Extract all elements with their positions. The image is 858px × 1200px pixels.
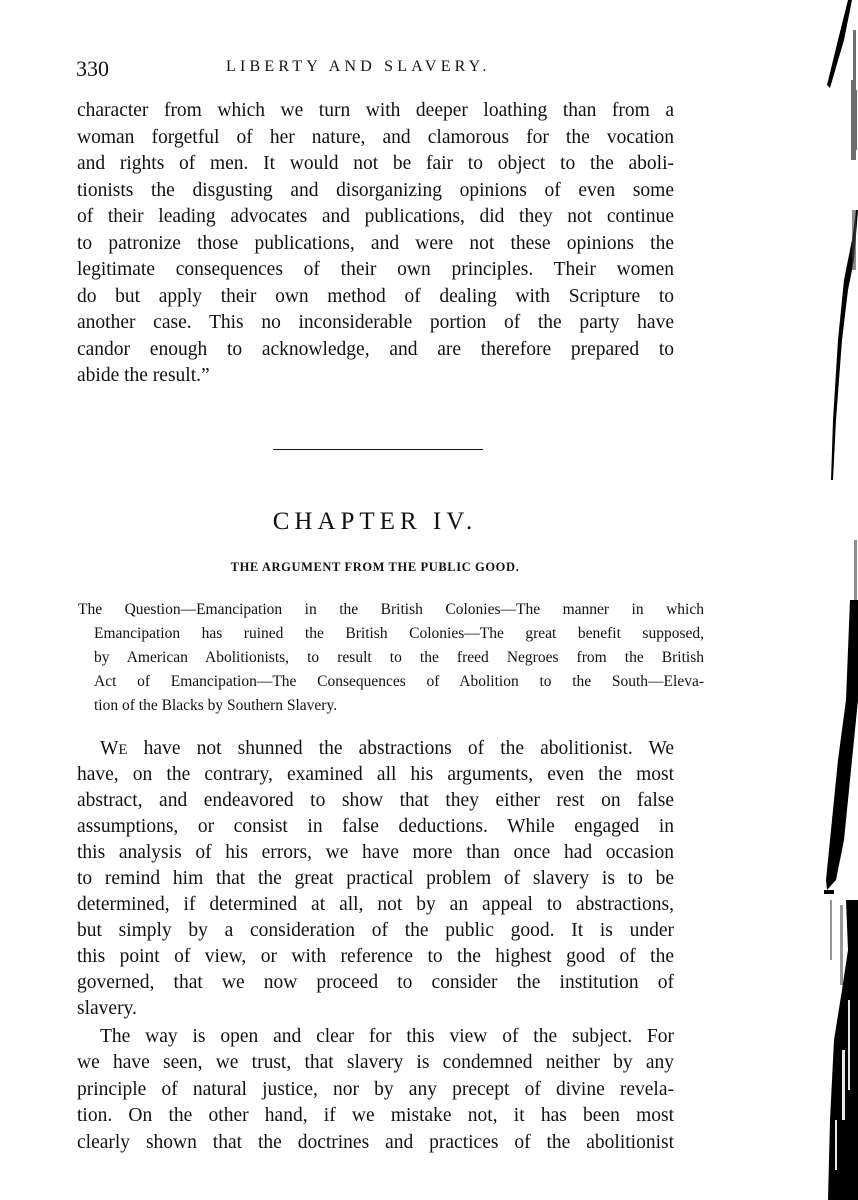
- section-divider-rule: [273, 449, 483, 450]
- summary-line: Emancipation has ruined the British Colo…: [94, 622, 704, 646]
- running-head: 330 LIBERTY AND SLAVERY.: [76, 56, 676, 86]
- text-line: tion. On the other hand, if we mistake n…: [77, 1103, 674, 1130]
- text-line: have, on the contrary, examined all his …: [77, 762, 674, 789]
- small-caps: E: [118, 742, 127, 758]
- text-line: woman forgetful of her nature, and clamo…: [77, 125, 674, 152]
- text-line: abstract, and endeavored to show that th…: [77, 788, 674, 815]
- drop-initial: W: [100, 738, 118, 759]
- text-line: and rights of men. It would not be fair …: [77, 151, 674, 178]
- text-line: character from which we turn with deeper…: [77, 98, 674, 125]
- summary-line: Act of Emancipation—The Consequences of …: [94, 670, 704, 694]
- page-number: 330: [76, 56, 109, 82]
- text-line: legitimate consequences of their own pri…: [77, 257, 674, 284]
- text-line: we have seen, we trust, that slavery is …: [77, 1050, 674, 1077]
- summary-line: tion of the Blacks by Southern Slavery.: [94, 694, 704, 718]
- text-run: have not shunned the abstractions of the…: [128, 738, 674, 759]
- summary-line: by American Abolitionists, to result to …: [94, 646, 704, 670]
- text-line: assumptions, or consist in false deducti…: [77, 814, 674, 841]
- text-line: tionists the disgusting and disorganizin…: [77, 178, 674, 205]
- chapter-title: CHAPTER IV.: [0, 508, 750, 536]
- book-page: 330 LIBERTY AND SLAVERY. character from …: [0, 0, 858, 1200]
- text-line: this point of view, or with reference to…: [77, 944, 674, 971]
- text-line: slavery.: [77, 996, 674, 1023]
- summary-line: The Question—Emancipation in the British…: [78, 598, 704, 622]
- scan-edge-artifact: [800, 0, 858, 1200]
- text-line: to patronize those publications, and wer…: [77, 231, 674, 258]
- text-line: clearly shown that the doctrines and pra…: [77, 1130, 674, 1157]
- text-line: determined, if determined at all, not by…: [77, 892, 674, 919]
- text-line: WE have not shunned the abstractions of …: [100, 736, 674, 764]
- text-line: another case. This no inconsiderable por…: [77, 310, 674, 337]
- running-title: LIBERTY AND SLAVERY.: [226, 58, 491, 76]
- text-line: abide the result.”: [77, 363, 674, 390]
- text-line: candor enough to acknowledge, and are th…: [77, 337, 674, 364]
- text-line: to remind him that the great practical p…: [77, 866, 674, 893]
- text-line: The way is open and clear for this view …: [100, 1024, 674, 1051]
- text-line: governed, that we now proceed to conside…: [77, 970, 674, 997]
- text-line: this analysis of his errors, we have mor…: [77, 840, 674, 867]
- text-line: but simply by a consideration of the pub…: [77, 918, 674, 945]
- text-line: do but apply their own method of dealing…: [77, 284, 674, 311]
- text-line: of their leading advocates and publicati…: [77, 204, 674, 231]
- chapter-subtitle: THE ARGUMENT FROM THE PUBLIC GOOD.: [0, 560, 750, 575]
- text-line: principle of natural justice, nor by any…: [77, 1077, 674, 1104]
